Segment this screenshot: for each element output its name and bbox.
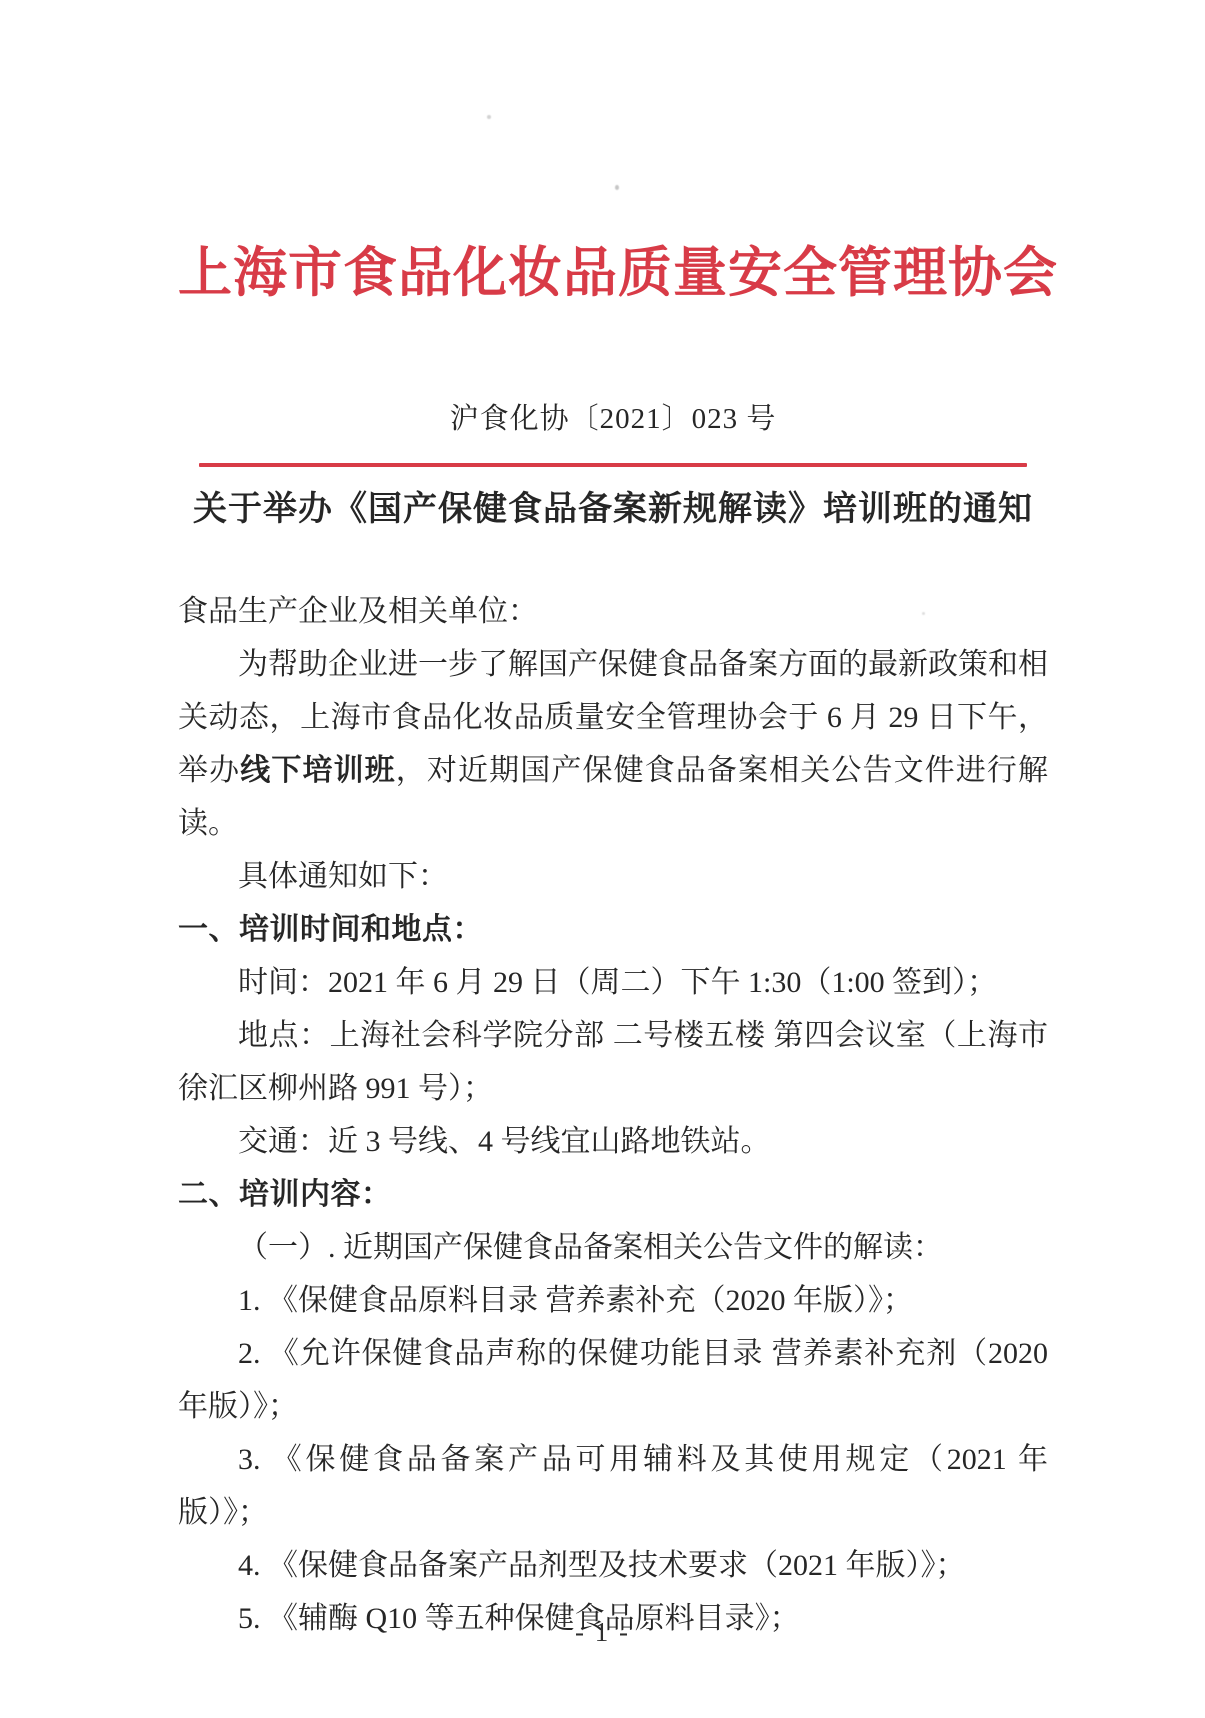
page-number: - 1 - (0, 1617, 1205, 1648)
scan-artifact (922, 612, 925, 615)
section-1-heading: 一、培训时间和地点： (178, 903, 1048, 956)
red-divider-line (199, 463, 1027, 467)
scan-artifact (487, 115, 491, 119)
section-2-subheading: （一）. 近期国产保健食品备案相关公告文件的解读： (178, 1221, 1048, 1274)
intro-emphasis-offline-class: 线下培训班 (240, 754, 396, 787)
training-place-line: 地点：上海社会科学院分部 二号楼五楼 第四会议室（上海市徐汇区柳州路 991 号… (178, 1009, 1048, 1115)
org-title: 上海市食品化妆品质量安全管理协会 (178, 242, 1048, 304)
salutation-line: 食品生产企业及相关单位： (178, 585, 1048, 638)
training-time-line: 时间：2021 年 6 月 29 日（周二）下午 1:30（1:00 签到）； (178, 956, 1048, 1009)
training-item-1: 1. 《保健食品原料目录 营养素补充（2020 年版）》； (178, 1274, 1048, 1327)
section-2-heading: 二、培训内容： (178, 1168, 1048, 1221)
scan-artifact (615, 185, 619, 190)
intro-paragraph: 为帮助企业进一步了解国产保健食品备案方面的最新政策和相关动态，上海市食品化妆品质… (178, 638, 1048, 850)
lead-in-line: 具体通知如下： (178, 850, 1048, 903)
training-item-2: 2. 《允许保健食品声称的保健功能目录 营养素补充剂（2020 年版）》； (178, 1327, 1048, 1433)
document-body: 食品生产企业及相关单位： 为帮助企业进一步了解国产保健食品备案方面的最新政策和相… (178, 585, 1048, 1645)
notice-title: 关于举办《国产保健食品备案新规解读》培训班的通知 (178, 487, 1048, 533)
training-item-4: 4. 《保健食品备案产品剂型及技术要求（2021 年版）》； (178, 1539, 1048, 1592)
document-page: 上海市食品化妆品质量安全管理协会 沪食化协〔2021〕023 号 关于举办《国产… (0, 0, 1205, 1718)
training-item-3: 3. 《保健食品备案产品可用辅料及其使用规定（2021 年版）》； (178, 1433, 1048, 1539)
training-transport-line: 交通：近 3 号线、4 号线宜山路地铁站。 (178, 1115, 1048, 1168)
doc-number: 沪食化协〔2021〕023 号 (178, 401, 1048, 437)
